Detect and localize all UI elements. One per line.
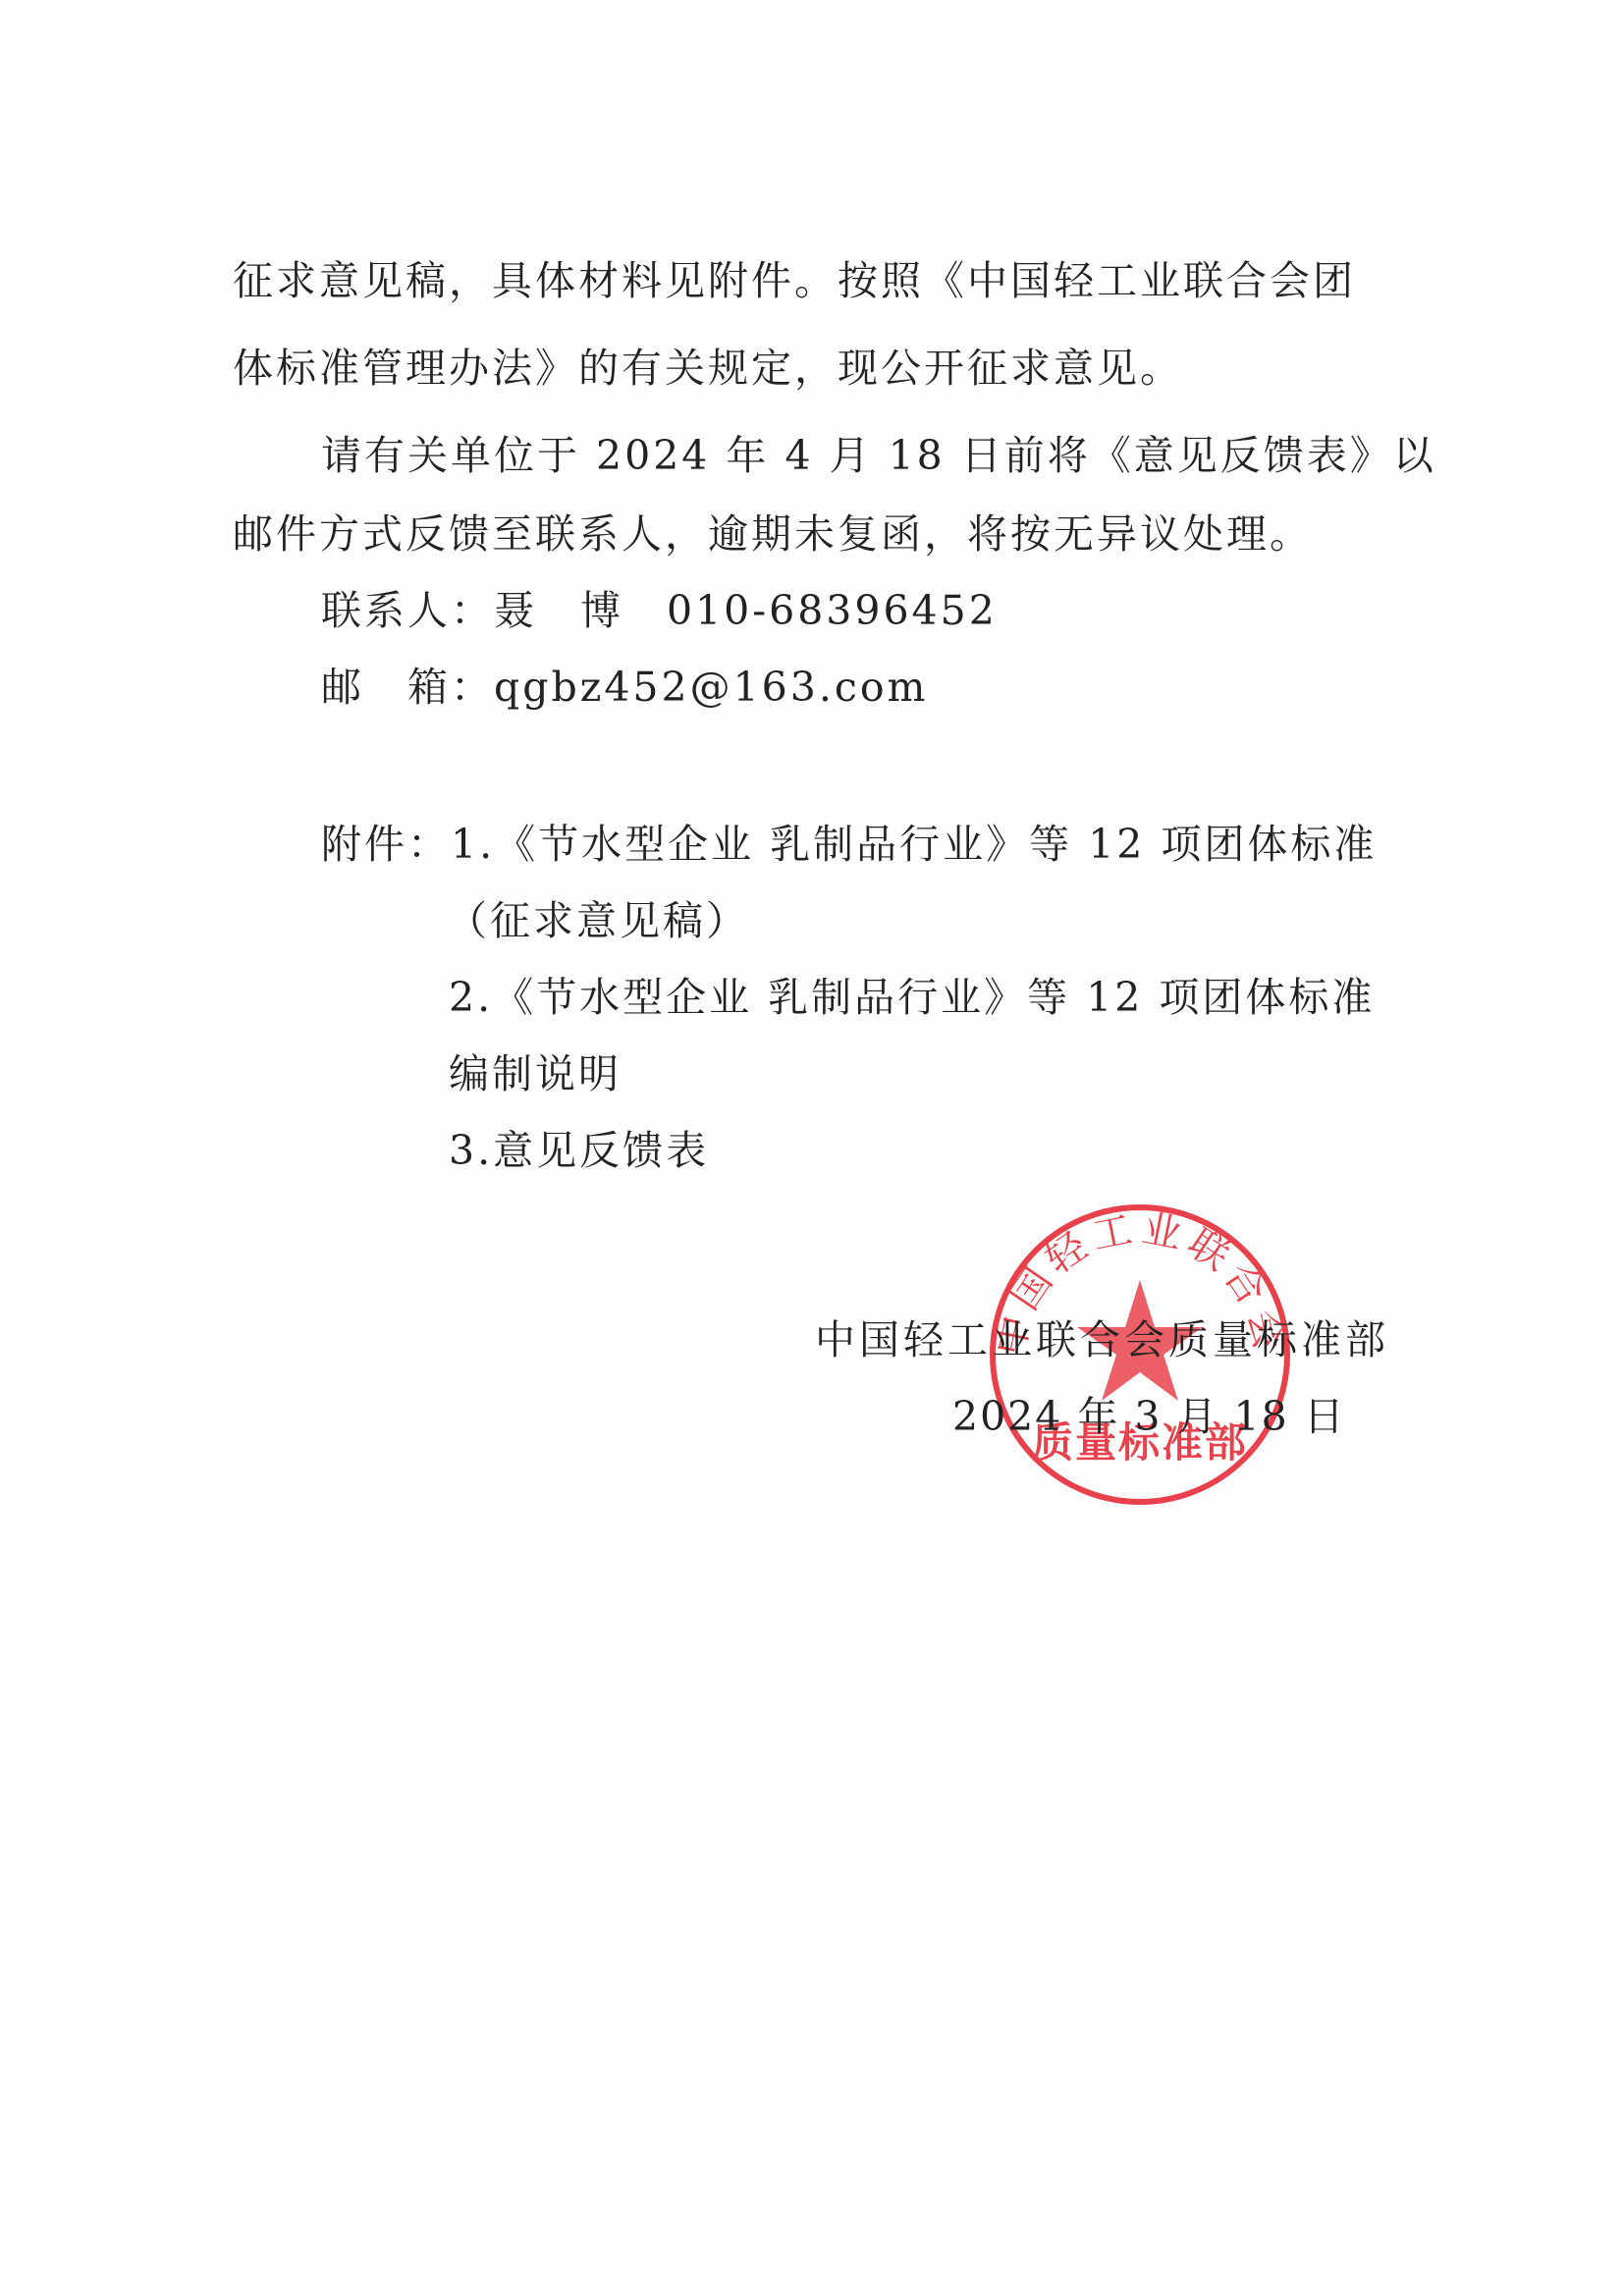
body-paragraph-1-line-1: 征求意见稿，具体材料见附件。按照《中国轻工业联合会团: [233, 251, 1356, 310]
attachment-item-2-line-1: 2.《节水型企业 乳制品行业》等 12 项团体标准: [449, 968, 1375, 1027]
contact-person-row: 联系人：聂 博 010-68396452: [321, 581, 998, 640]
contact-email-label: 邮 箱：: [321, 664, 494, 711]
attachment-item-3-number: 3.: [449, 1127, 493, 1174]
signature-date: 2024 年 3 月 18 日: [952, 1387, 1346, 1446]
attachment-item-1-number: 1.: [451, 821, 495, 868]
contact-phone: 010-68396452: [667, 587, 998, 634]
body-paragraph-2-line-1: 请有关单位于 2024 年 4 月 18 日前将《意见反馈表》以: [321, 426, 1436, 485]
attachment-item-1-line-2: （征求意见稿）: [447, 891, 749, 950]
attachment-item-1-line-1: 附件：1.《节水型企业 乳制品行业》等 12 项团体标准: [321, 815, 1377, 874]
attachment-item-3-title: 意见反馈表: [493, 1127, 709, 1174]
body-paragraph-1-line-2: 体标准管理办法》的有关规定，现公开征求意见。: [233, 339, 1183, 398]
contact-person-label: 联系人：: [321, 587, 494, 634]
attachment-item-1-title: 《节水型企业 乳制品行业》等 12 项团体标准: [495, 821, 1377, 868]
contact-email: qgbz452@163.com: [494, 664, 928, 711]
signature-organization: 中国轻工业联合会质量标准部: [815, 1310, 1389, 1369]
attachment-item-3-line-1: 3.意见反馈表: [449, 1121, 709, 1180]
attachment-item-2-number: 2.: [449, 974, 493, 1021]
document-page: 征求意见稿，具体材料见附件。按照《中国轻工业联合会团 体标准管理办法》的有关规定…: [0, 0, 1623, 2296]
body-paragraph-2-line-2: 邮件方式反馈至联系人，逾期未复函，将按无异议处理。: [233, 505, 1313, 563]
attachment-item-2-line-2: 编制说明: [449, 1044, 622, 1103]
attachments-label: 附件：: [321, 821, 451, 868]
attachment-item-2-title: 《节水型企业 乳制品行业》等 12 项团体标准: [493, 974, 1375, 1021]
contact-email-row: 邮 箱：qgbz452@163.com: [321, 658, 928, 717]
contact-person-name: 聂 博: [494, 587, 623, 634]
